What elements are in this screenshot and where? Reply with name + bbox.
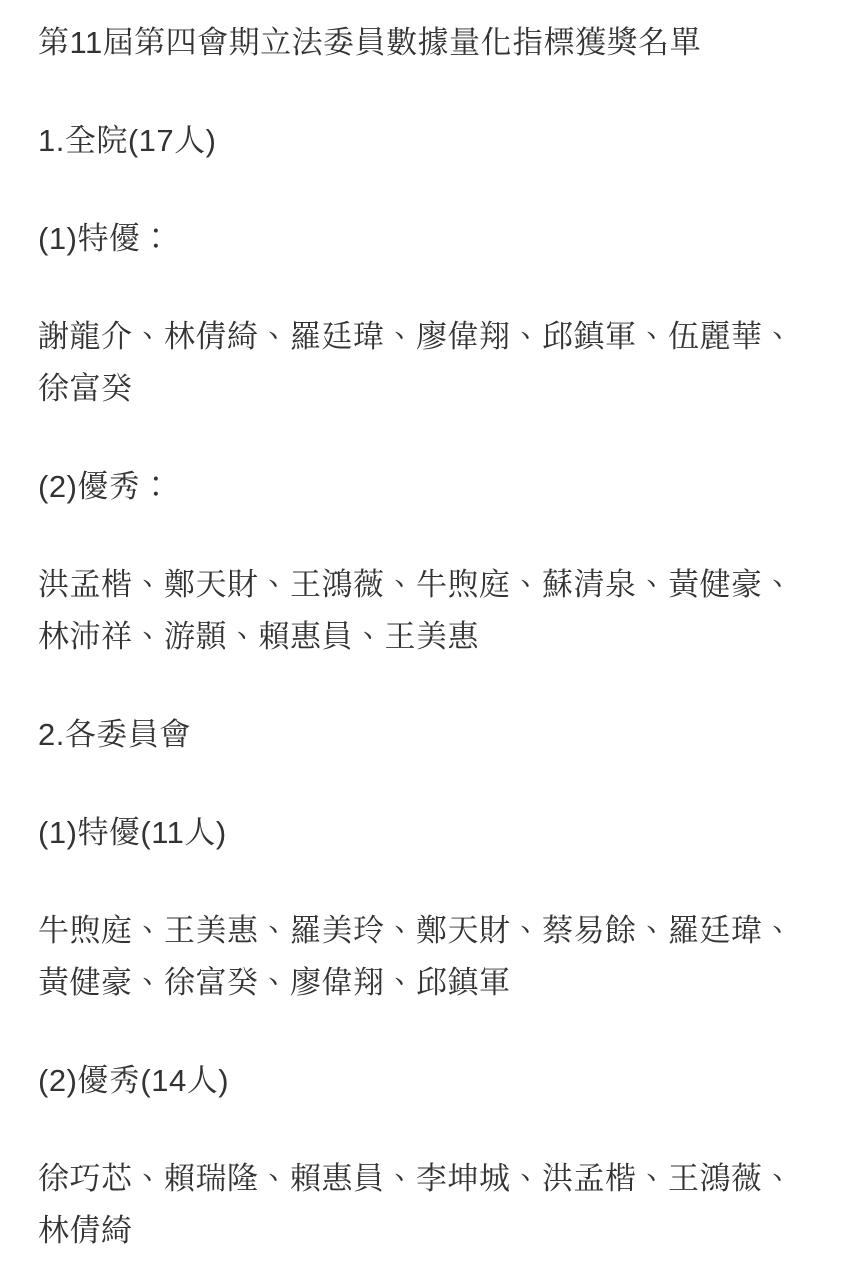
award-group-excellent: (2)優秀： 洪孟楷、鄭天財、王鴻薇、牛煦庭、蘇清泉、黃健豪、 林沛祥、游顥、賴… [38, 461, 802, 663]
group-label: (1)特優： [38, 213, 802, 265]
award-group-special: (1)特優(11人) 牛煦庭、王美惠、羅美玲、鄭天財、蔡易餘、羅廷瑋、 黃健豪、… [38, 807, 802, 1009]
name-list: 謝龍介、林倩綺、羅廷瑋、廖偉翔、邱鎮軍、伍麗華、 徐富癸 [38, 311, 802, 415]
name-list: 徐巧芯、賴瑞隆、賴惠員、李坤城、洪孟楷、王鴻薇、 林倩綺 [38, 1153, 802, 1257]
name-list: 洪孟楷、鄭天財、王鴻薇、牛煦庭、蘇清泉、黃健豪、 林沛祥、游顥、賴惠員、王美惠 [38, 559, 802, 663]
group-label: (2)優秀(14人) [38, 1055, 802, 1107]
group-label: (2)優秀： [38, 461, 802, 513]
section-heading: 2.各委員會 [38, 709, 802, 761]
document-title: 第11屆第四會期立法委員數據量化指標獲獎名單 [38, 17, 802, 69]
section-heading: 1.全院(17人) [38, 115, 802, 167]
name-line: 林倩綺 [38, 1205, 802, 1257]
name-line: 牛煦庭、王美惠、羅美玲、鄭天財、蔡易餘、羅廷瑋、 [38, 905, 802, 957]
name-line: 徐富癸 [38, 363, 802, 415]
section-plenary: 1.全院(17人) (1)特優： 謝龍介、林倩綺、羅廷瑋、廖偉翔、邱鎮軍、伍麗華… [38, 115, 802, 663]
section-committees: 2.各委員會 (1)特優(11人) 牛煦庭、王美惠、羅美玲、鄭天財、蔡易餘、羅廷… [38, 709, 802, 1257]
name-line: 徐巧芯、賴瑞隆、賴惠員、李坤城、洪孟楷、王鴻薇、 [38, 1153, 802, 1205]
name-line: 林沛祥、游顥、賴惠員、王美惠 [38, 611, 802, 663]
name-line: 洪孟楷、鄭天財、王鴻薇、牛煦庭、蘇清泉、黃健豪、 [38, 559, 802, 611]
award-group-excellent: (2)優秀(14人) 徐巧芯、賴瑞隆、賴惠員、李坤城、洪孟楷、王鴻薇、 林倩綺 [38, 1055, 802, 1257]
group-label: (1)特優(11人) [38, 807, 802, 859]
name-list: 牛煦庭、王美惠、羅美玲、鄭天財、蔡易餘、羅廷瑋、 黃健豪、徐富癸、廖偉翔、邱鎮軍 [38, 905, 802, 1009]
name-line: 謝龍介、林倩綺、羅廷瑋、廖偉翔、邱鎮軍、伍麗華、 [38, 311, 802, 363]
award-list-document: 第11屆第四會期立法委員數據量化指標獲獎名單 1.全院(17人) (1)特優： … [0, 0, 842, 1257]
award-group-special: (1)特優： 謝龍介、林倩綺、羅廷瑋、廖偉翔、邱鎮軍、伍麗華、 徐富癸 [38, 213, 802, 415]
name-line: 黃健豪、徐富癸、廖偉翔、邱鎮軍 [38, 957, 802, 1009]
